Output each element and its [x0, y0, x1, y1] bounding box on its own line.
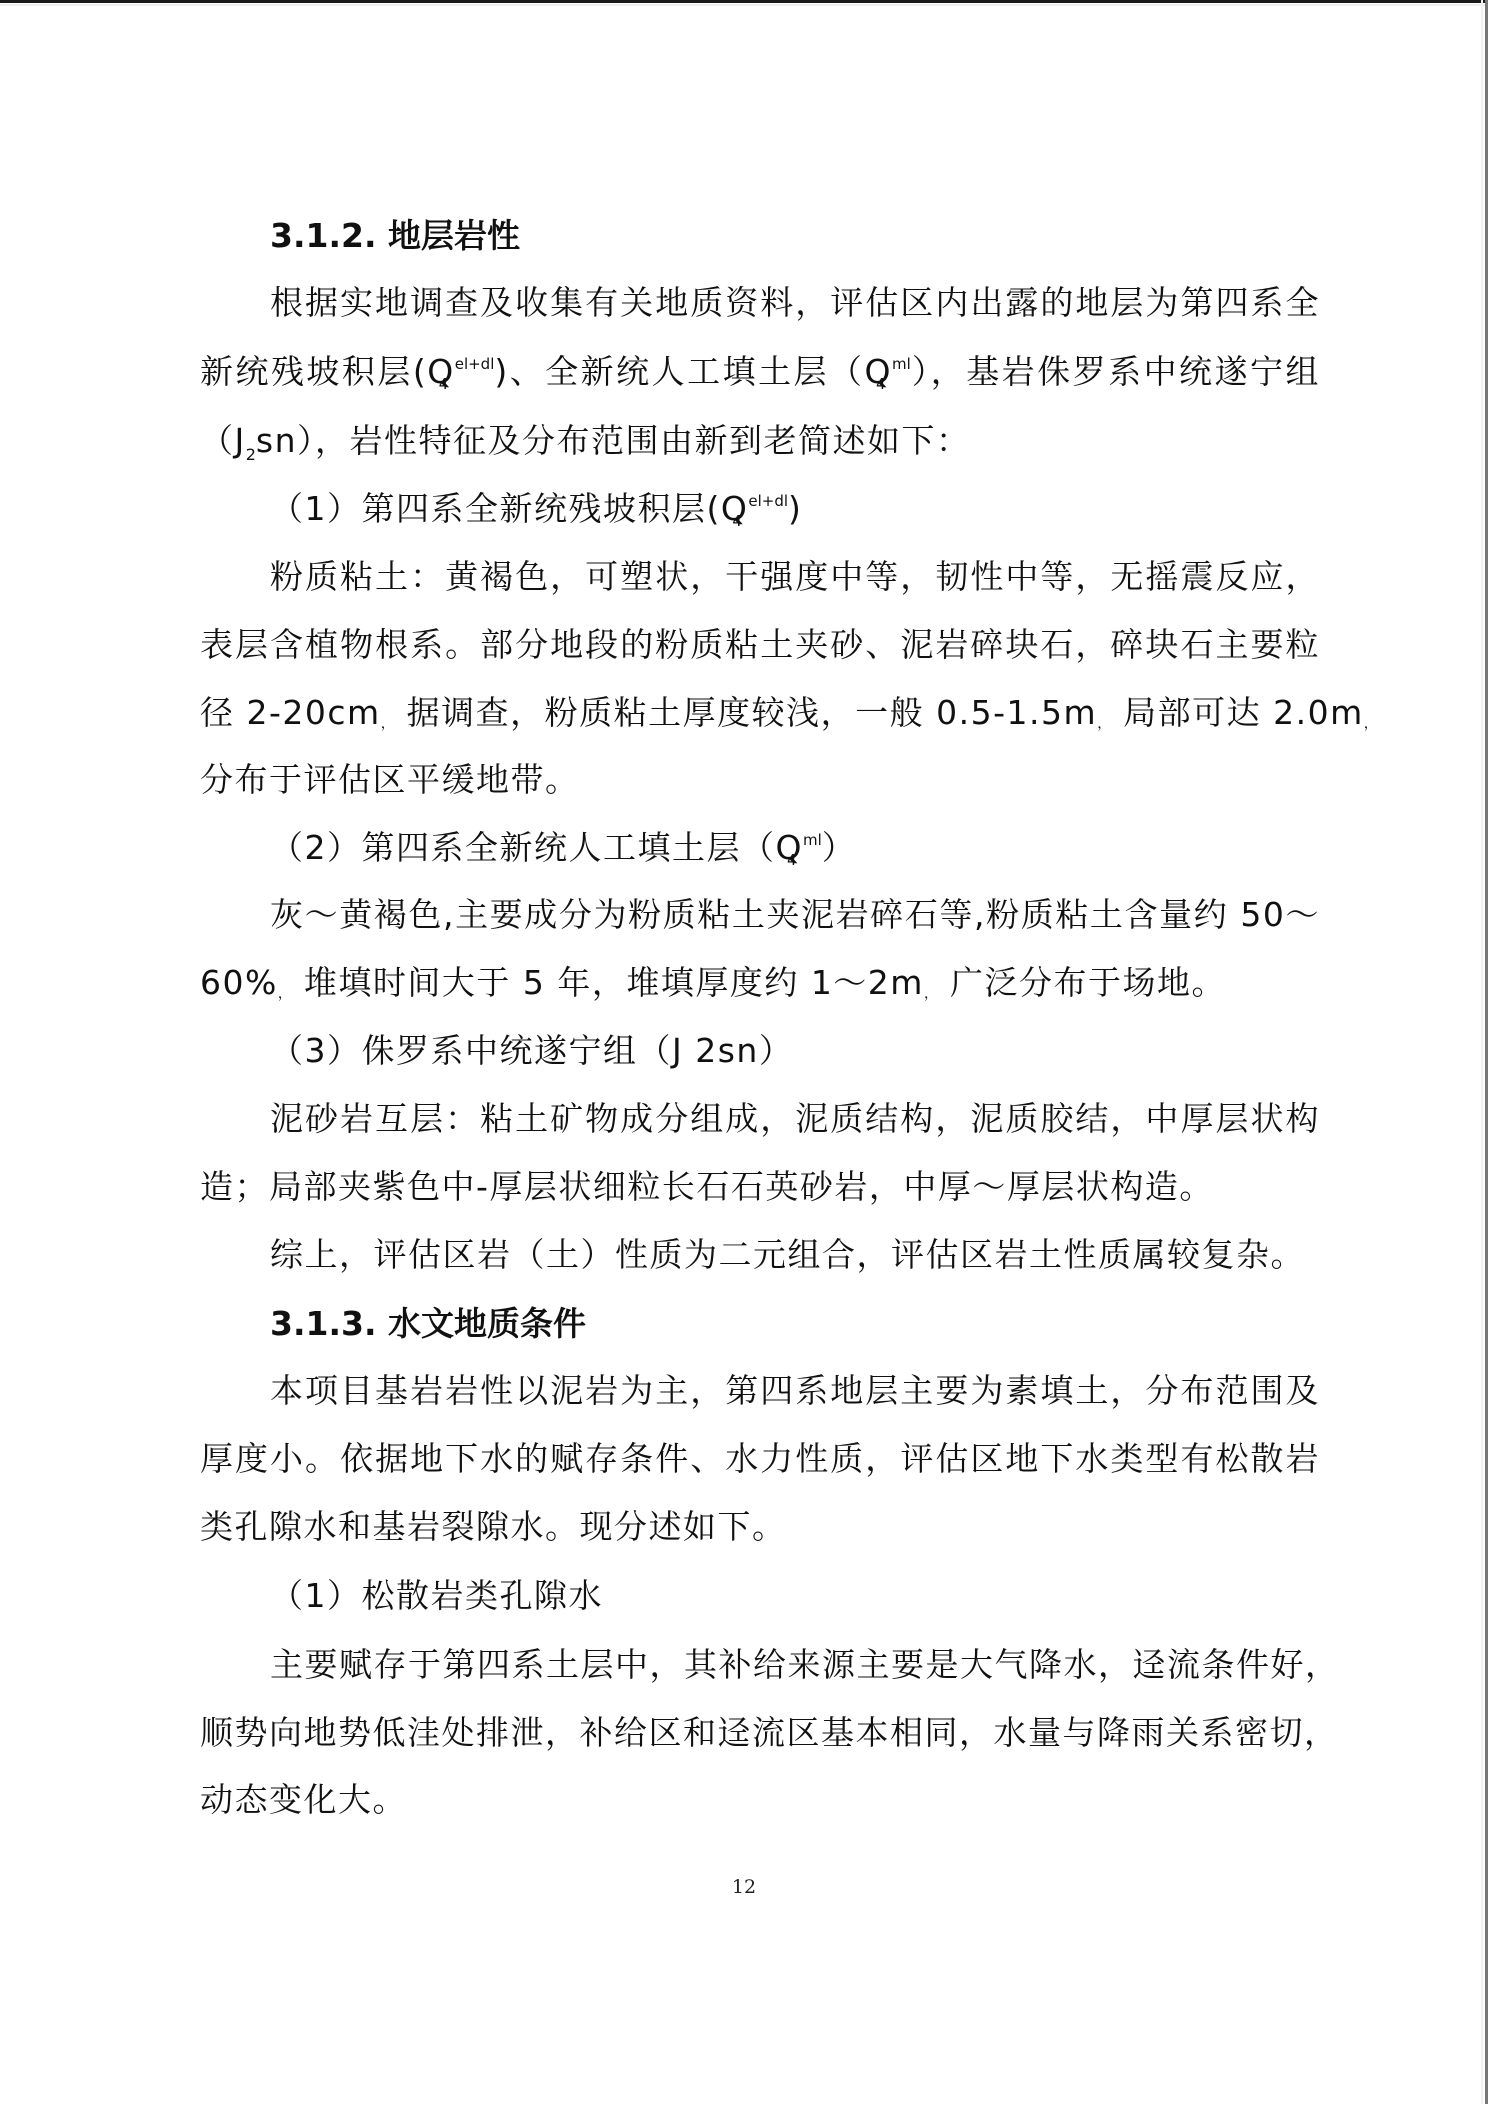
text-span: 新统残坡积层(Q: [200, 352, 455, 391]
paragraph-line: 新统残坡积层(Qel+dl4)、全新统人工填土层（Qml4），基岩侏罗系中统遂宁…: [200, 352, 1320, 392]
summary-line: 综上，评估区岩（土）性质为二元组合，评估区岩土性质属较复杂。: [200, 1235, 1320, 1275]
text-span: 局部可达 2.0m: [1111, 693, 1364, 732]
text-span: 堆填时间大于 5 年，堆填厚度约 1～2m: [292, 963, 924, 1002]
page-number: 12: [0, 1876, 1488, 1898]
geologic-symbol: el+dl4: [455, 352, 495, 398]
paragraph-line: 灰～黄褐色,主要成分为粉质粘土夹泥岩碎石等,粉质粘土含量约 50～: [200, 895, 1320, 935]
text-span: sn），岩性特征及分布范围由新到老简述如下：: [256, 421, 971, 460]
paragraph-line: 主要赋存于第四系土层中，其补给来源主要是大气降水，迳流条件好，: [200, 1645, 1320, 1685]
subscript: 4: [732, 501, 742, 541]
paragraph-line: 60%， 堆填时间大于 5 年，堆填厚度约 1～2m， 广泛分布于场地。: [200, 963, 1320, 1003]
paragraph-line: 分布于评估区平缓地带。: [200, 760, 1320, 800]
page-right-border-shadow: [1481, 0, 1483, 2104]
list-item-title: （3）侏罗系中统遂宁组（J 2sn）: [200, 1031, 1320, 1071]
geologic-symbol: ml4: [892, 352, 911, 398]
list-item-title: （1）松散岩类孔隙水: [200, 1576, 1320, 1616]
text-span: （2）第四系全新统人工填土层（Q: [270, 828, 803, 867]
text-span: ): [788, 489, 802, 528]
paragraph-line: （J2sn），岩性特征及分布范围由新到老简述如下：: [200, 421, 1320, 461]
punctuation: ，: [381, 716, 395, 732]
paragraph-line: 径 2-20cm， 据调查，粉质粘土厚度较浅，一般 0.5-1.5m， 局部可达…: [200, 693, 1320, 733]
section-heading-3-1-3: 3.1.3. 水文地质条件: [200, 1304, 1320, 1344]
paragraph-line: 顺势向地势低洼处排泄，补给区和迳流区基本相同，水量与降雨关系密切，: [200, 1713, 1320, 1753]
subscript: 4: [439, 364, 449, 404]
paragraph-line: 本项目基岩岩性以泥岩为主，第四系地层主要为素填土，分布范围及: [200, 1371, 1320, 1411]
punctuation: ，: [924, 986, 938, 1002]
paragraph-line: 表层含植物根系。部分地段的粉质粘土夹砂、泥岩碎块石，碎块石主要粒: [200, 625, 1320, 665]
page-top-border: [0, 0, 1488, 3]
punctuation: ，: [1364, 716, 1378, 732]
paragraph-line: 厚度小。依据地下水的赋存条件、水力性质，评估区地下水类型有松散岩: [200, 1439, 1320, 1479]
list-item-title: （1）第四系全新统残坡积层(Qel+dl4): [200, 489, 1320, 529]
text-span: )、全新统人工填土层（Q: [494, 352, 892, 391]
paragraph-line: 造；局部夹紫色中-厚层状细粒长石石英砂岩，中厚～厚层状构造。: [200, 1167, 1320, 1207]
superscript: ml: [892, 355, 911, 373]
paragraph-line: 动态变化大。: [200, 1780, 1320, 1820]
text-span: ）: [822, 828, 857, 867]
superscript: el+dl: [455, 355, 495, 373]
page-top-border-shadow: [0, 4, 1488, 6]
paragraph-line: 粉质粘土：黄褐色，可塑状，干强度中等，韧性中等，无摇震反应，: [200, 557, 1320, 597]
paragraph-line: 根据实地调查及收集有关地质资料，评估区内出露的地层为第四系全: [200, 283, 1320, 323]
subscript: 2: [246, 445, 256, 464]
text-span: 径 2-20cm: [200, 693, 381, 732]
subscript: 4: [787, 840, 797, 880]
text-span: 据调查，粉质粘土厚度较浅，一般 0.5-1.5m: [395, 693, 1098, 732]
paragraph-line: 泥砂岩互层：粘土矿物成分组成，泥质结构，泥质胶结，中厚层状构: [200, 1099, 1320, 1139]
text-span: ），基岩侏罗系中统遂宁组: [911, 352, 1320, 391]
punctuation: ，: [278, 986, 292, 1002]
text-span: 60%: [200, 963, 278, 1002]
geologic-symbol: el+dl4: [748, 489, 788, 535]
text-span: （J: [200, 421, 246, 460]
superscript: ml: [803, 831, 822, 849]
section-heading-3-1-2: 3.1.2. 地层岩性: [200, 216, 1320, 256]
text-span: 广泛分布于场地。: [938, 963, 1226, 1002]
punctuation: ，: [1097, 716, 1111, 732]
geologic-symbol: ml4: [803, 828, 822, 874]
paragraph-line: 类孔隙水和基岩裂隙水。现分述如下。: [200, 1507, 1320, 1547]
text-span: （1）第四系全新统残坡积层(Q: [270, 489, 748, 528]
superscript: el+dl: [748, 492, 788, 510]
subscript: 4: [876, 364, 886, 404]
list-item-title: （2）第四系全新统人工填土层（Qml4）: [200, 828, 1320, 868]
